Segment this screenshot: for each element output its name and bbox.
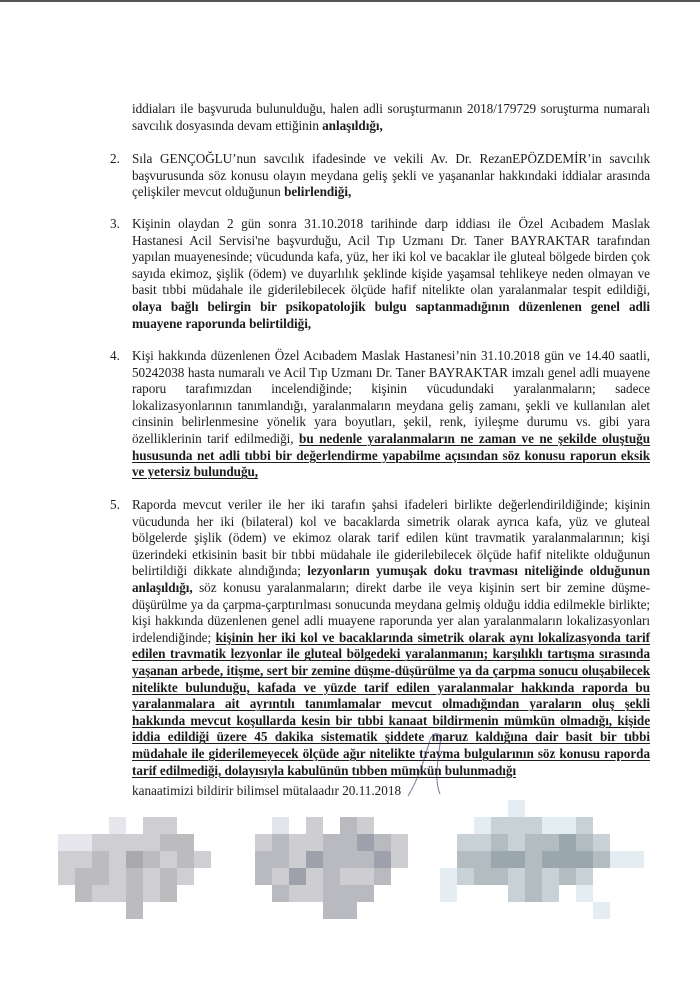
document-page: iddiaları ile başvuruda bulunulduğu, hal… [0, 0, 700, 986]
paragraph-text: Sıla GENÇOĞLU’nun savcılık ifadesinde ve… [132, 151, 650, 201]
paragraph-text: iddiaları ile başvuruda bulunulduğu, hal… [132, 101, 650, 134]
item-number: 4. [110, 348, 130, 365]
redacted-signature-block-2 [255, 800, 415, 910]
paragraph-4: 4. Kişi hakkında düzenlenen Özel Acıbade… [110, 348, 650, 481]
redacted-signature-block-1 [58, 800, 208, 910]
paragraph-1-continuation: iddiaları ile başvuruda bulunulduğu, hal… [110, 101, 650, 134]
paragraph-3: 3. Kişinin olaydan 2 gün sonra 31.10.201… [110, 216, 650, 332]
scan-top-border [0, 0, 700, 2]
item-number: 3. [110, 216, 130, 233]
redacted-signature-block-3 [440, 800, 660, 910]
handwritten-signature-stroke [390, 730, 480, 800]
item-number: 2. [110, 151, 130, 168]
paragraph-2: 2. Sıla GENÇOĞLU’nun savcılık ifadesinde… [110, 151, 650, 201]
paragraph-text: Kişi hakkında düzenlenen Özel Acıbadem M… [132, 348, 650, 481]
paragraph-text: Kişinin olaydan 2 gün sonra 31.10.2018 t… [132, 216, 650, 332]
item-number: 5. [110, 497, 130, 514]
paragraph-5: 5. Raporda mevcut veriler ile her iki ta… [110, 497, 650, 779]
